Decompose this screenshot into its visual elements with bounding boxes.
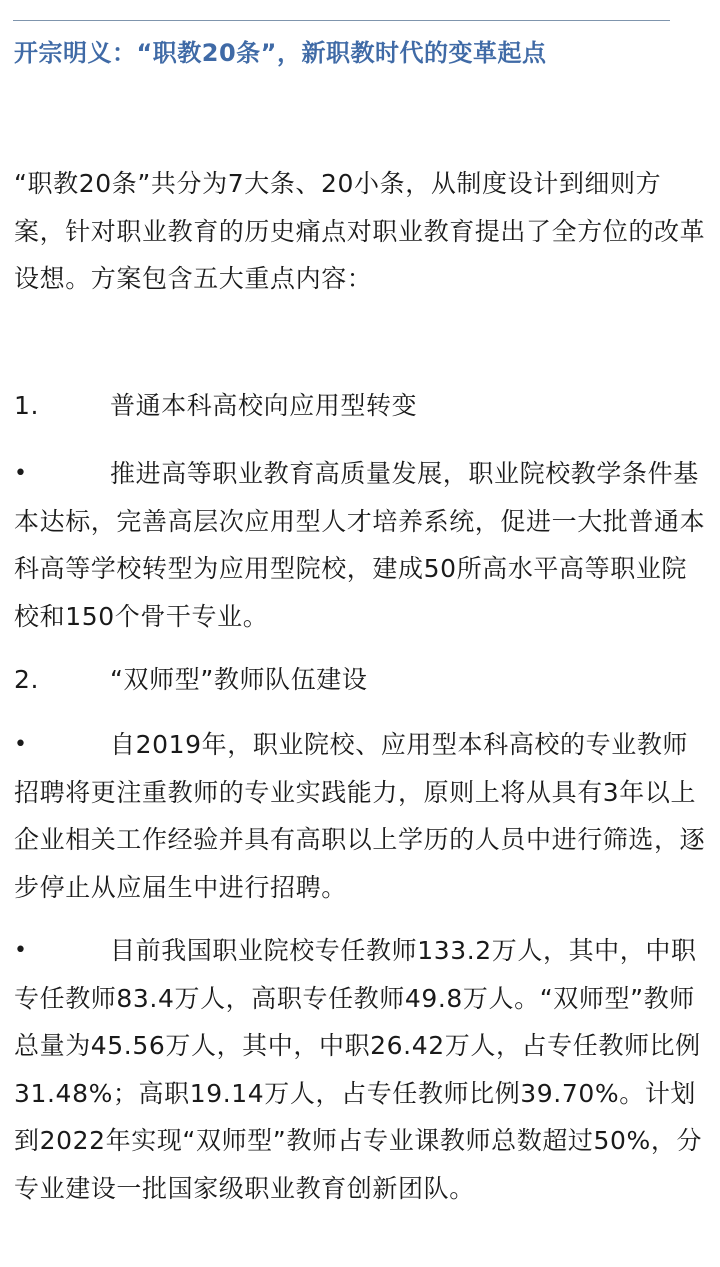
bullet-text: 目前我国职业院校专任教师133.2万人，其中，中职专任教师83.4万人，高职专任… — [14, 936, 702, 1203]
bullet-icon: • — [14, 927, 110, 975]
bullet-paragraph-1-1: •推进高等职业教育高质量发展，职业院校教学条件基本达标，完善高层次应用型人才培养… — [14, 450, 708, 640]
item-heading-1: 1.普通本科高校向应用型转变 — [14, 386, 417, 426]
item-heading-2: 2.“双师型”教师队伍建设 — [14, 660, 368, 700]
bullet-paragraph-2-2: •目前我国职业院校专任教师133.2万人，其中，中职专任教师83.4万人，高职专… — [14, 927, 708, 1212]
intro-paragraph: “职教20条”共分为7大条、20小条，从制度设计到细则方案，针对职业教育的历史痛… — [14, 160, 708, 303]
item-heading-text: “双师型”教师队伍建设 — [110, 665, 368, 694]
bullet-text: 自2019年，职业院校、应用型本科高校的专业教师招聘将更注重教师的专业实践能力，… — [14, 730, 705, 902]
section-divider — [13, 20, 670, 21]
item-number: 1. — [14, 386, 110, 426]
item-heading-text: 普通本科高校向应用型转变 — [110, 391, 417, 420]
bullet-icon: • — [14, 721, 110, 769]
bullet-text: 推进高等职业教育高质量发展，职业院校教学条件基本达标，完善高层次应用型人才培养系… — [14, 459, 705, 631]
section-title: 开宗明义：“职教20条”，新职教时代的变革起点 — [14, 36, 546, 70]
bullet-icon: • — [14, 450, 110, 498]
item-number: 2. — [14, 660, 110, 700]
bullet-paragraph-2-1: •自2019年，职业院校、应用型本科高校的专业教师招聘将更注重教师的专业实践能力… — [14, 721, 708, 911]
